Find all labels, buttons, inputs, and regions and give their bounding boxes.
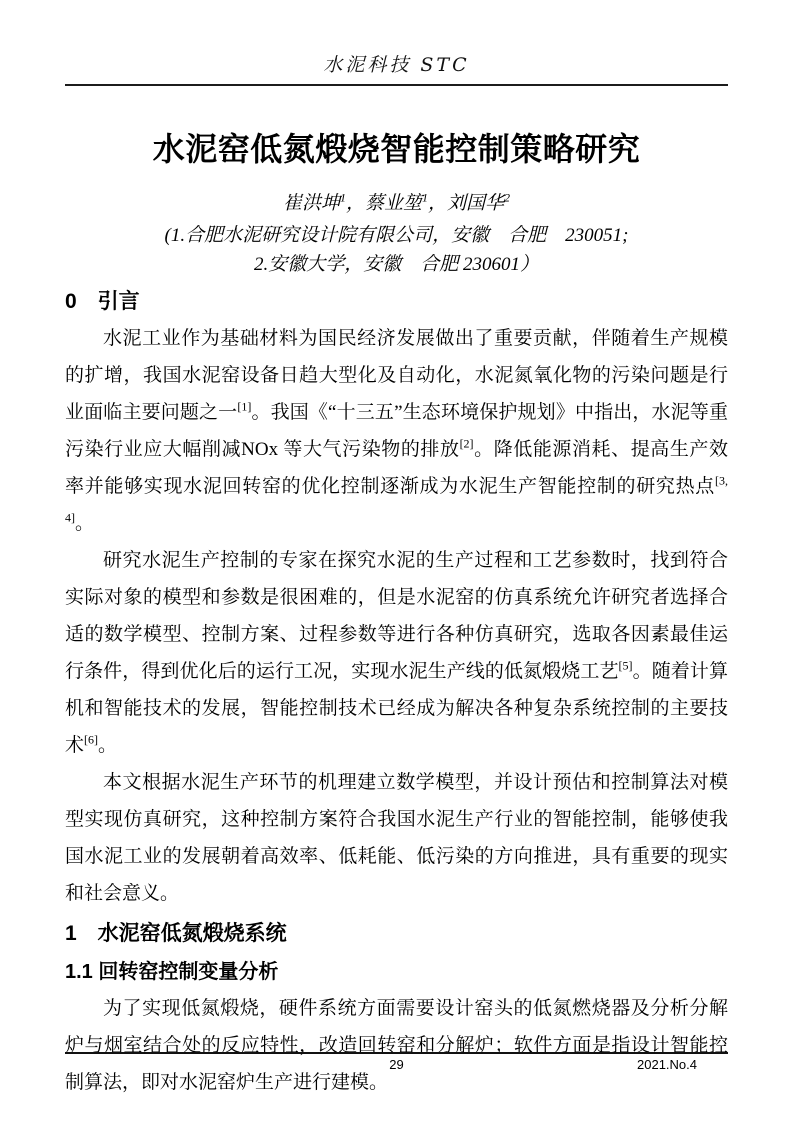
paper-title: 水泥窑低氮煅烧智能控制策略研究 bbox=[0, 124, 793, 170]
intro-paragraph-2: 研究水泥生产控制的专家在探究水泥的生产过程和工艺参数时，找到符合实际对象的模型和… bbox=[65, 542, 728, 764]
issue-label: 2021.No.4 bbox=[637, 1057, 697, 1072]
document-page: 水泥科技 STC 水泥窑低氮煅烧智能控制策略研究 崔洪坤1，蔡业堃1，刘国华2 … bbox=[0, 0, 793, 1122]
affiliation-line-1: (1.合肥水泥研究设计院有限公司，安徽 合肥 230051; bbox=[0, 220, 793, 247]
section-heading-intro: 0 引言 bbox=[65, 283, 728, 320]
intro-paragraph-3: 本文根据水泥生产环节的机理建立数学模型，并设计预估和控制算法对模型实现仿真研究，… bbox=[65, 764, 728, 912]
section-heading-1: 1 水泥窑低氮煅烧系统 bbox=[65, 914, 728, 954]
journal-running-head: 水泥科技 STC bbox=[0, 50, 793, 77]
affiliation-line-2: 2.安徽大学，安徽 合肥 230601） bbox=[0, 249, 793, 276]
intro-paragraph-1: 水泥工业作为基础材料为国民经济发展做出了重要贡献，伴随着生产规模的扩增，我国水泥… bbox=[65, 320, 728, 542]
article-body: 0 引言 水泥工业作为基础材料为国民经济发展做出了重要贡献，伴随着生产规模的扩增… bbox=[65, 283, 728, 1101]
footer-divider bbox=[65, 1052, 728, 1054]
section1-paragraph-1: 为了实现低氮煅烧，硬件系统方面需要设计窑头的低氮燃烧器及分析分解炉与烟室结合处的… bbox=[65, 990, 728, 1101]
subsection-heading-1-1: 1.1 回转窑控制变量分析 bbox=[65, 954, 728, 990]
authors-line: 崔洪坤1，蔡业堃1，刘国华2 bbox=[0, 188, 793, 215]
header-divider bbox=[65, 84, 728, 86]
